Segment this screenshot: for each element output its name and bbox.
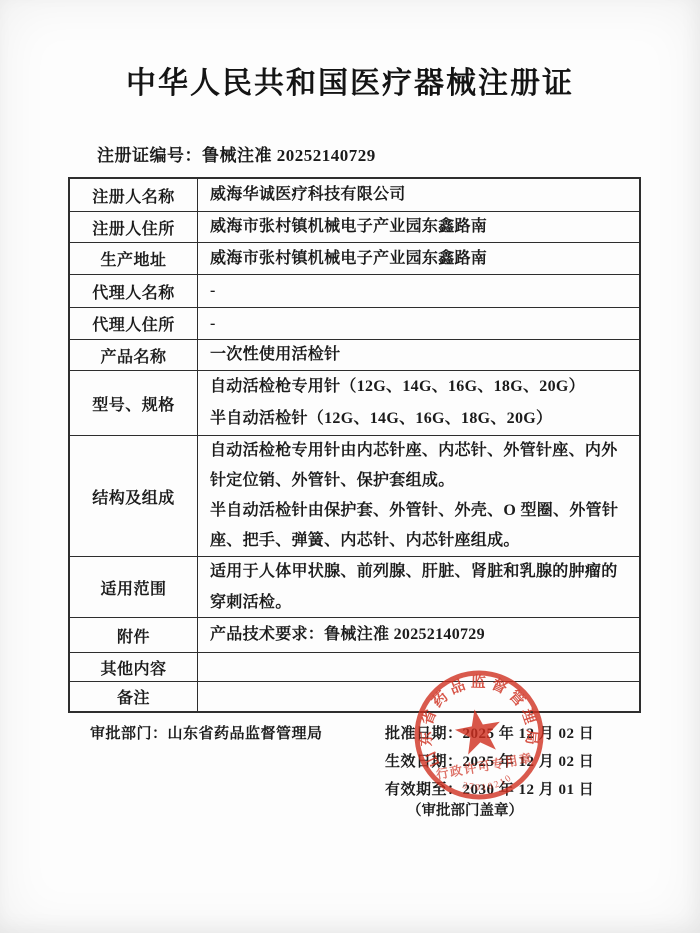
table-row-registrant-address: 注册人住所 威海市张村镇机械电子产业园东鑫路南 xyxy=(70,211,639,242)
row-label: 注册人住所 xyxy=(70,212,198,242)
certificate-page: 中华人民共和国医疗器械注册证 注册证编号：鲁械注准 20252140729 注册… xyxy=(0,0,700,933)
approval-date: 批准日期：2025 年 12 月 02 日 xyxy=(385,722,594,743)
seal-caption: （审批部门盖章） xyxy=(407,799,523,820)
row-label: 型号、规格 xyxy=(70,371,198,435)
row-label: 其他内容 xyxy=(70,653,198,681)
row-value xyxy=(198,682,639,711)
row-value: - xyxy=(198,308,639,339)
certificate-table: 注册人名称 威海华诚医疗科技有限公司 注册人住所 威海市张村镇机械电子产业园东鑫… xyxy=(68,177,641,713)
row-value: 自动活检枪专用针由内芯针座、内芯针、外管针座、内外针定位销、外管针、保护套组成。… xyxy=(198,436,639,556)
row-value: 自动活检枪专用针（12G、14G、16G、18G、20G） 半自动活检针（12G… xyxy=(198,371,639,435)
registration-number: 注册证编号：鲁械注准 20252140729 xyxy=(97,141,376,166)
row-value xyxy=(198,653,639,681)
row-value: 一次性使用活检针 xyxy=(198,340,639,370)
row-label: 备注 xyxy=(70,682,198,711)
page-title: 中华人民共和国医疗器械注册证 xyxy=(0,58,700,102)
table-row-agent-address: 代理人住所 - xyxy=(70,307,639,339)
row-value: 威海市张村镇机械电子产业园东鑫路南 xyxy=(198,212,639,242)
row-value: 产品技术要求：鲁械注准 20252140729 xyxy=(198,618,639,652)
row-label: 生产地址 xyxy=(70,243,198,274)
table-row-agent-name: 代理人名称 - xyxy=(70,274,639,307)
table-row-attachment: 附件 产品技术要求：鲁械注准 20252140729 xyxy=(70,617,639,652)
row-label: 产品名称 xyxy=(70,340,198,370)
row-label: 代理人名称 xyxy=(70,275,198,307)
row-label: 代理人住所 xyxy=(70,308,198,339)
row-label: 结构及组成 xyxy=(70,436,198,556)
table-row-model-spec: 型号、规格 自动活检枪专用针（12G、14G、16G、18G、20G） 半自动活… xyxy=(70,370,639,435)
row-label: 适用范围 xyxy=(70,557,198,617)
row-label: 附件 xyxy=(70,618,198,652)
row-value: 威海市张村镇机械电子产业园东鑫路南 xyxy=(198,243,639,274)
row-value: 适用于人体甲状腺、前列腺、肝脏、肾脏和乳腺的肿瘤的穿刺活检。 xyxy=(198,557,639,617)
table-row-product-name: 产品名称 一次性使用活检针 xyxy=(70,339,639,370)
table-row-remarks: 备注 xyxy=(70,681,639,711)
approval-department: 审批部门：山东省药品监督管理局 xyxy=(90,722,323,743)
table-row-other-content: 其他内容 xyxy=(70,652,639,681)
expiry-date: 有效期至：2030 年 12 月 01 日 xyxy=(385,778,594,799)
table-row-production-address: 生产地址 威海市张村镇机械电子产业园东鑫路南 xyxy=(70,242,639,274)
table-row-scope-of-application: 适用范围 适用于人体甲状腺、前列腺、肝脏、肾脏和乳腺的肿瘤的穿刺活检。 xyxy=(70,556,639,617)
effective-date: 生效日期：2025 年 12 月 02 日 xyxy=(385,750,594,771)
table-row-registrant-name: 注册人名称 威海华诚医疗科技有限公司 xyxy=(70,179,639,211)
row-value: 威海华诚医疗科技有限公司 xyxy=(198,179,639,211)
table-row-structure-composition: 结构及组成 自动活检枪专用针由内芯针座、内芯针、外管针座、内外针定位销、外管针、… xyxy=(70,435,639,556)
row-value: - xyxy=(198,275,639,307)
row-label: 注册人名称 xyxy=(70,179,198,211)
